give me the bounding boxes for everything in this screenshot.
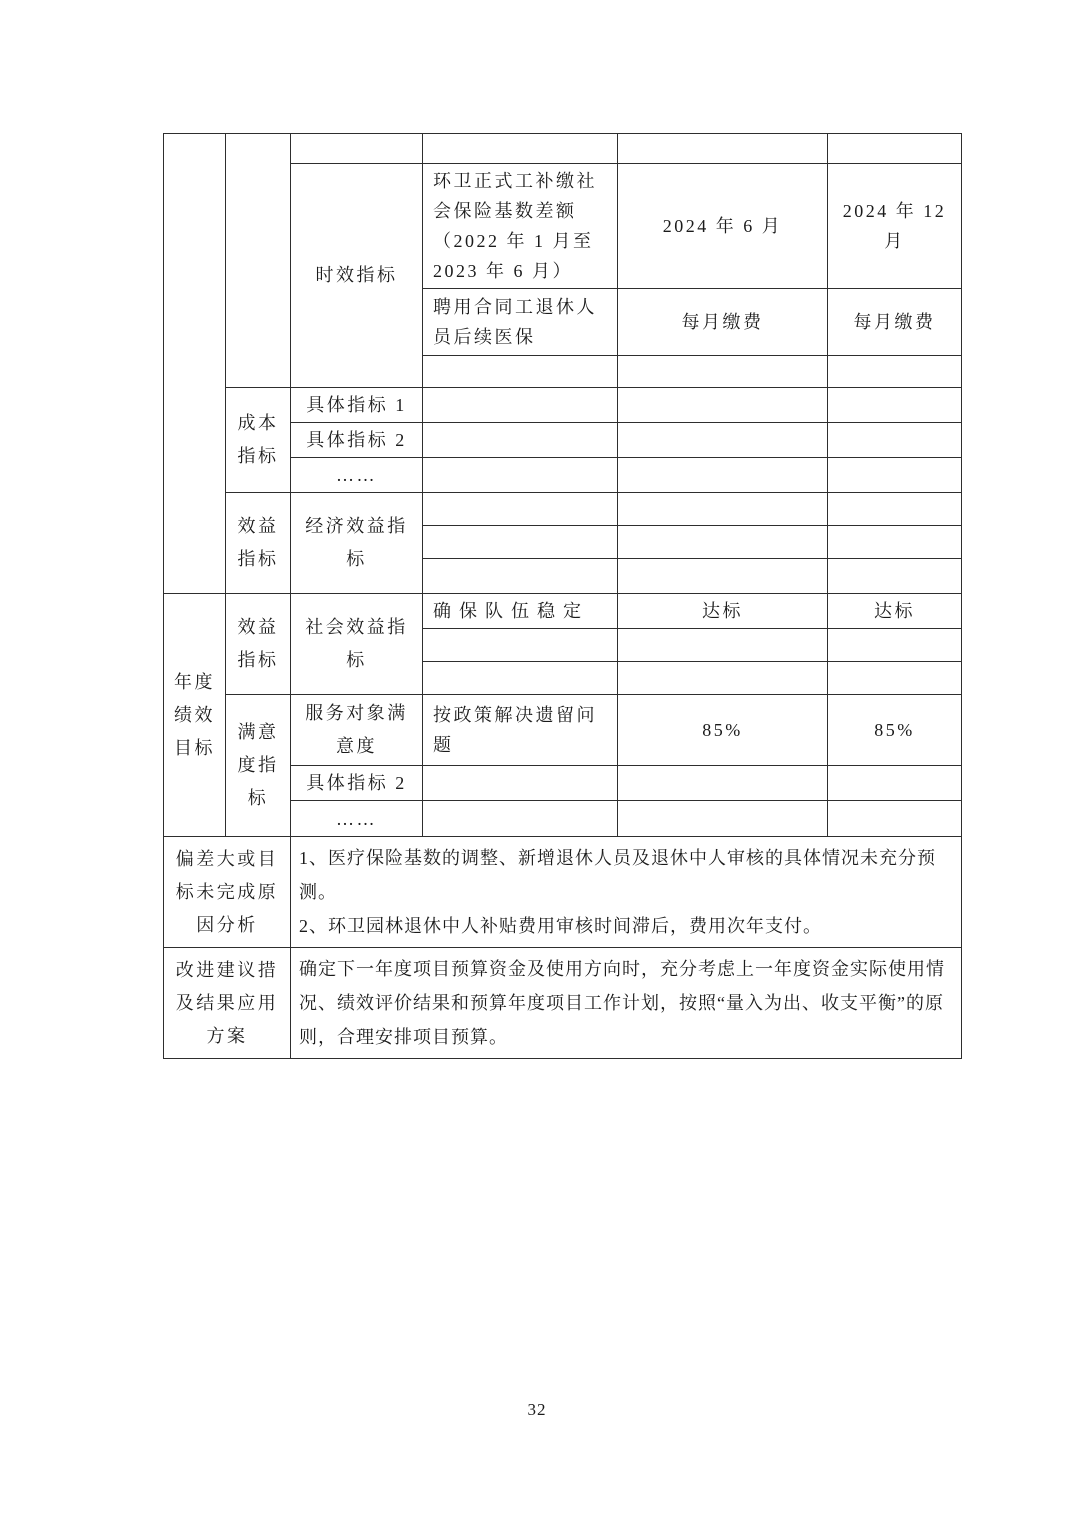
indicator-cell: [423, 662, 618, 695]
deviation-label-cell: 偏差大或目标未完成原因分析: [164, 837, 291, 948]
sub-indicator-name-cell: 具体指标 2: [291, 423, 423, 458]
social-benefit-label-cell: 社会效益指标: [291, 594, 423, 695]
target-cell: [618, 493, 828, 526]
deviation-content-cell: 1、医疗保险基数的调整、新增退休人员及退休中人审核的具体情况未充分预测。 2、环…: [291, 837, 962, 948]
table-row: 成本指标 具体指标 1: [164, 388, 962, 423]
actual-cell: 达标: [828, 594, 962, 629]
indicator-cell: [423, 423, 618, 458]
actual-cell: [828, 629, 962, 662]
page-number: 32: [0, 1400, 1074, 1420]
cost-group-label-cell: 成本指标: [226, 388, 291, 493]
table-row: 偏差大或目标未完成原因分析 1、医疗保险基数的调整、新增退休人员及退休中人审核的…: [164, 837, 962, 948]
indicator-cell: [423, 559, 618, 594]
indicator-cell: [423, 388, 618, 423]
actual-cell: [828, 356, 962, 388]
actual-cell: [828, 766, 962, 801]
actual-cell: [828, 388, 962, 423]
target-cell: 2024 年 6 月: [618, 164, 828, 289]
actual-cell: [828, 801, 962, 837]
actual-cell: [828, 493, 962, 526]
performance-table: 时效指标 环卫正式工补缴社会保险基数差额（2022 年 1 月至 2023 年 …: [163, 133, 962, 1059]
target-cell: [618, 629, 828, 662]
sub-indicator-name-cell: 具体指标 2: [291, 766, 423, 801]
actual-cell: [828, 423, 962, 458]
indicator-cell: [423, 766, 618, 801]
table-row: 满意度指标 服务对象满意度 按政策解决遗留问题 85% 85%: [164, 695, 962, 766]
target-cell: 85%: [618, 695, 828, 766]
sub-indicator-name-cell: ……: [291, 801, 423, 837]
annual-goal-label-cell: 年度绩效目标: [164, 594, 226, 837]
indicator-cell: [423, 629, 618, 662]
target-cell: [618, 662, 828, 695]
indicator-cell: [423, 458, 618, 493]
target-cell: [618, 766, 828, 801]
actual-cell: [828, 662, 962, 695]
target-cell: [618, 801, 828, 837]
sub-indicator-name-cell: ……: [291, 458, 423, 493]
table-row: [164, 134, 962, 164]
indicator-cell: [423, 801, 618, 837]
deviation-line: 1、医疗保险基数的调整、新增退休人员及退休中人审核的具体情况未充分预测。: [299, 841, 953, 909]
improvement-label-cell: 改进建议措及结果应用方案: [164, 948, 291, 1059]
actual-cell: [828, 458, 962, 493]
target-cell: [618, 356, 828, 388]
table-row: 改进建议措及结果应用方案 确定下一年度项目预算资金及使用方向时，充分考虑上一年度…: [164, 948, 962, 1059]
indicator-cell: [423, 526, 618, 559]
target-cell: 每月缴费: [618, 289, 828, 356]
col2-continuation-cell: [226, 134, 291, 388]
col1-continuation-cell: [164, 134, 226, 594]
deviation-line: 2、环卫园林退休中人补贴费用审核时间滞后，费用次年支付。: [299, 909, 953, 943]
indicator-cell: 环卫正式工补缴社会保险基数差额（2022 年 1 月至 2023 年 6 月）: [423, 164, 618, 289]
indicator-cell: [423, 493, 618, 526]
actual-cell: [828, 559, 962, 594]
economic-benefit-label-cell: 经济效益指标: [291, 493, 423, 594]
actual-cell: 85%: [828, 695, 962, 766]
target-cell: [618, 423, 828, 458]
target-cell: [618, 526, 828, 559]
target-cell: 达标: [618, 594, 828, 629]
table-row: 效益指标 经济效益指标: [164, 493, 962, 526]
actual-cell: 每月缴费: [828, 289, 962, 356]
improvement-content-cell: 确定下一年度项目预算资金及使用方向时，充分考虑上一年度资金实际使用情况、绩效评价…: [291, 948, 962, 1059]
document-page: 时效指标 环卫正式工补缴社会保险基数差额（2022 年 1 月至 2023 年 …: [0, 0, 1074, 1520]
table-row: 年度绩效目标 效益指标 社会效益指标 确保队伍稳定 达标 达标: [164, 594, 962, 629]
actual-cell: 2024 年 12 月: [828, 164, 962, 289]
satisfaction-group-label-cell: 满意度指标: [226, 695, 291, 837]
timeliness-label-cell: 时效指标: [291, 164, 423, 388]
empty-cell: [291, 134, 423, 164]
actual-cell: [828, 526, 962, 559]
empty-cell: [618, 134, 828, 164]
indicator-cell: 按政策解决遗留问题: [423, 695, 618, 766]
target-cell: [618, 388, 828, 423]
benefit-group-label-cell: 效益指标: [226, 493, 291, 594]
target-cell: [618, 559, 828, 594]
sub-indicator-name-cell: 具体指标 1: [291, 388, 423, 423]
indicator-cell: 聘用合同工退休人员后续医保: [423, 289, 618, 356]
sub-indicator-name-cell: 服务对象满意度: [291, 695, 423, 766]
indicator-cell: 确保队伍稳定: [423, 594, 618, 629]
benefit-group-label-cell: 效益指标: [226, 594, 291, 695]
target-cell: [618, 458, 828, 493]
empty-cell: [423, 134, 618, 164]
empty-cell: [828, 134, 962, 164]
indicator-cell: [423, 356, 618, 388]
